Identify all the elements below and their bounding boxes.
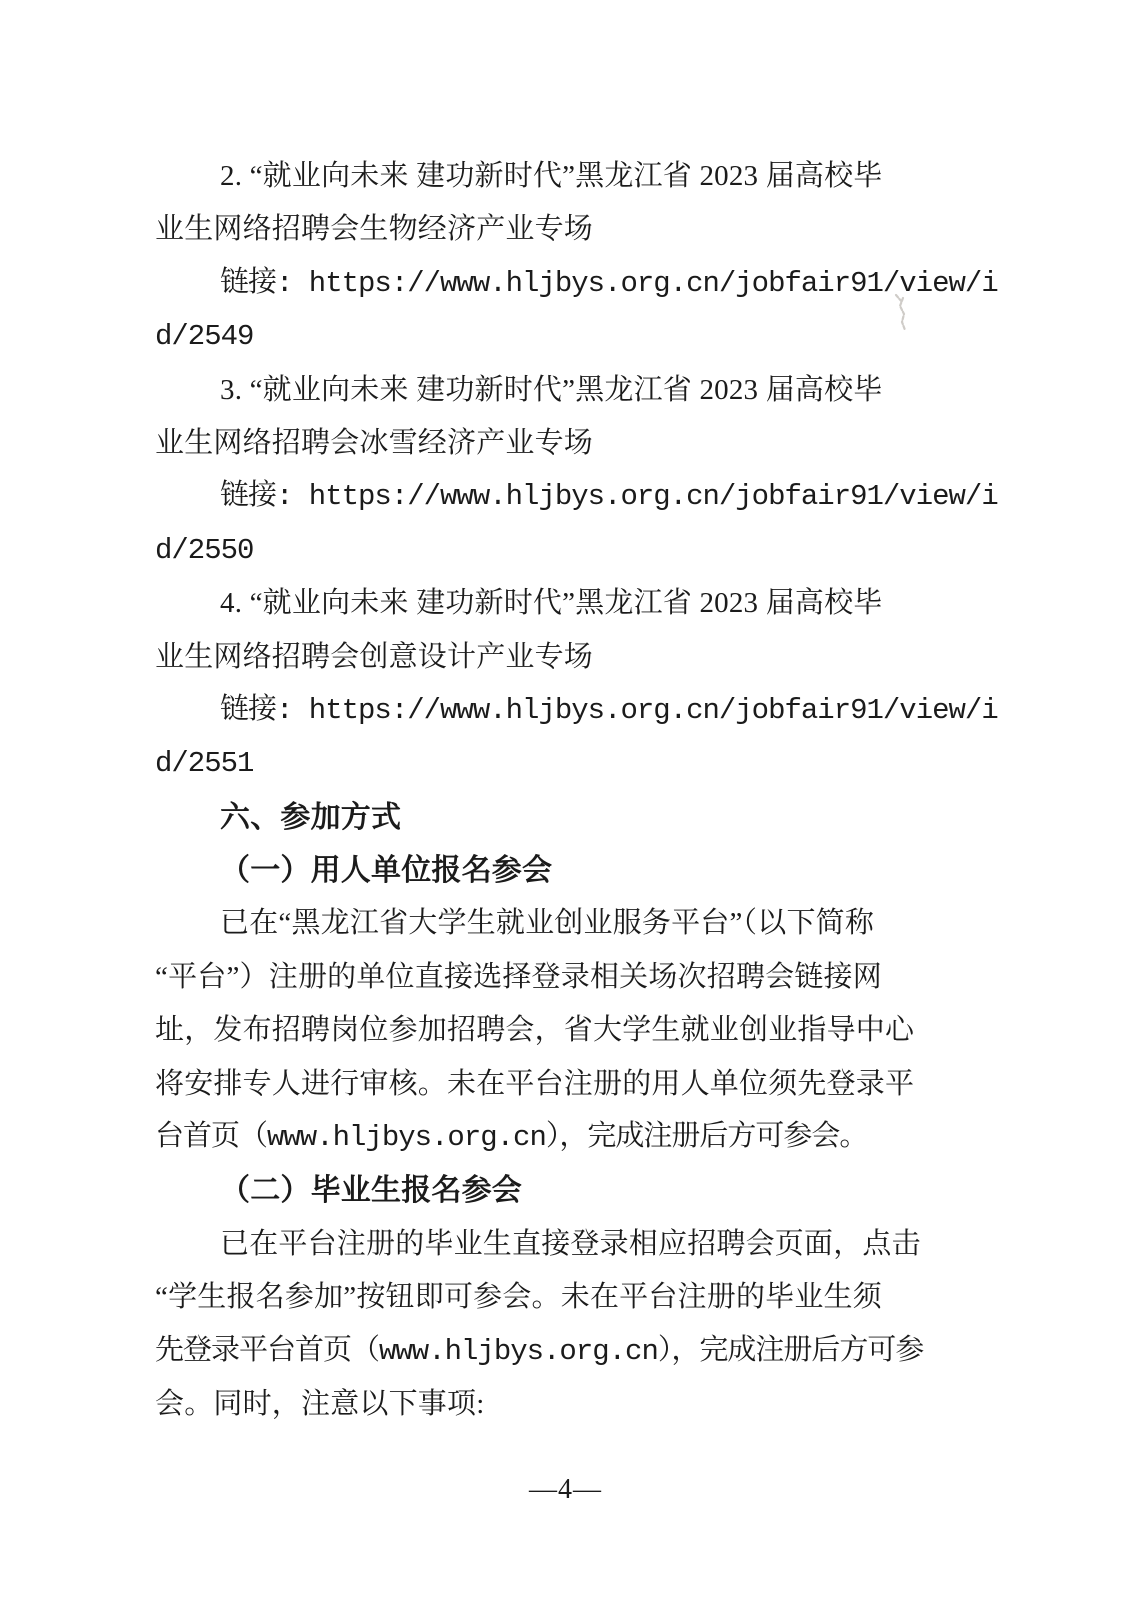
fair-2-title-line-1: 2. “就业向未来 建功新时代”黑龙江省 2023 届高校毕 [155,150,955,203]
graduate-paragraph-line-1: 已在平台注册的毕业生直接登录相应招聘会页面，点击 [155,1218,955,1271]
fair-2-link-line-2: d/2549 [155,310,955,363]
fair-4-title-line-2: 业生网络招聘会创意设计产业专场 [155,631,955,684]
section-heading-participation-method: 六、参加方式 [155,791,955,844]
fair-3-title-line-1: 3. “就业向未来 建功新时代”黑龙江省 2023 届高校毕 [155,364,955,417]
employer-paragraph-line-3: 址，发布招聘岗位参加招聘会，省大学生就业创业指导中心 [155,1004,955,1057]
document-body: 2. “就业向未来 建功新时代”黑龙江省 2023 届高校毕 业生网络招聘会生物… [155,150,955,1431]
subsection-heading-employer-registration: （一）用人单位报名参会 [155,844,955,897]
fair-4-link-line-2: d/2551 [155,737,955,790]
fair-2-link-line-1: 链接: https://www.hljbys.org.cn/jobfair91/… [155,257,955,310]
employer-paragraph-line-4: 将安排专人进行审核。未在平台注册的用人单位须先登录平 [155,1058,955,1111]
fair-3-link-line-1: 链接: https://www.hljbys.org.cn/jobfair91/… [155,470,955,523]
page-number: —4— [0,1472,1131,1508]
fair-3-title-line-2: 业生网络招聘会冰雪经济产业专场 [155,417,955,470]
employer-paragraph-line-2: “平台”）注册的单位直接选择登录相关场次招聘会链接网 [155,951,955,1004]
fair-4-link-line-1: 链接: https://www.hljbys.org.cn/jobfair91/… [155,684,955,737]
employer-paragraph-line-1: 已在“黑龙江省大学生就业创业服务平台”（以下简称 [155,897,955,950]
graduate-paragraph-line-4: 会。同时，注意以下事项: [155,1378,955,1431]
subsection-heading-graduate-registration: （二）毕业生报名参会 [155,1164,955,1217]
fair-3-link-line-2: d/2550 [155,524,955,577]
scanned-document-page: 2. “就业向未来 建功新时代”黑龙江省 2023 届高校毕 业生网络招聘会生物… [0,0,1131,1600]
scan-smudge-mark [890,292,916,336]
fair-2-title-line-2: 业生网络招聘会生物经济产业专场 [155,203,955,256]
graduate-paragraph-line-2: “学生报名参加”按钮即可参会。未在平台注册的毕业生须 [155,1271,955,1324]
fair-4-title-line-1: 4. “就业向未来 建功新时代”黑龙江省 2023 届高校毕 [155,577,955,630]
employer-paragraph-line-5: 台首页（www.hljbys.org.cn），完成注册后方可参会。 [155,1111,955,1164]
graduate-paragraph-line-3: 先登录平台首页（www.hljbys.org.cn），完成注册后方可参 [155,1325,955,1378]
